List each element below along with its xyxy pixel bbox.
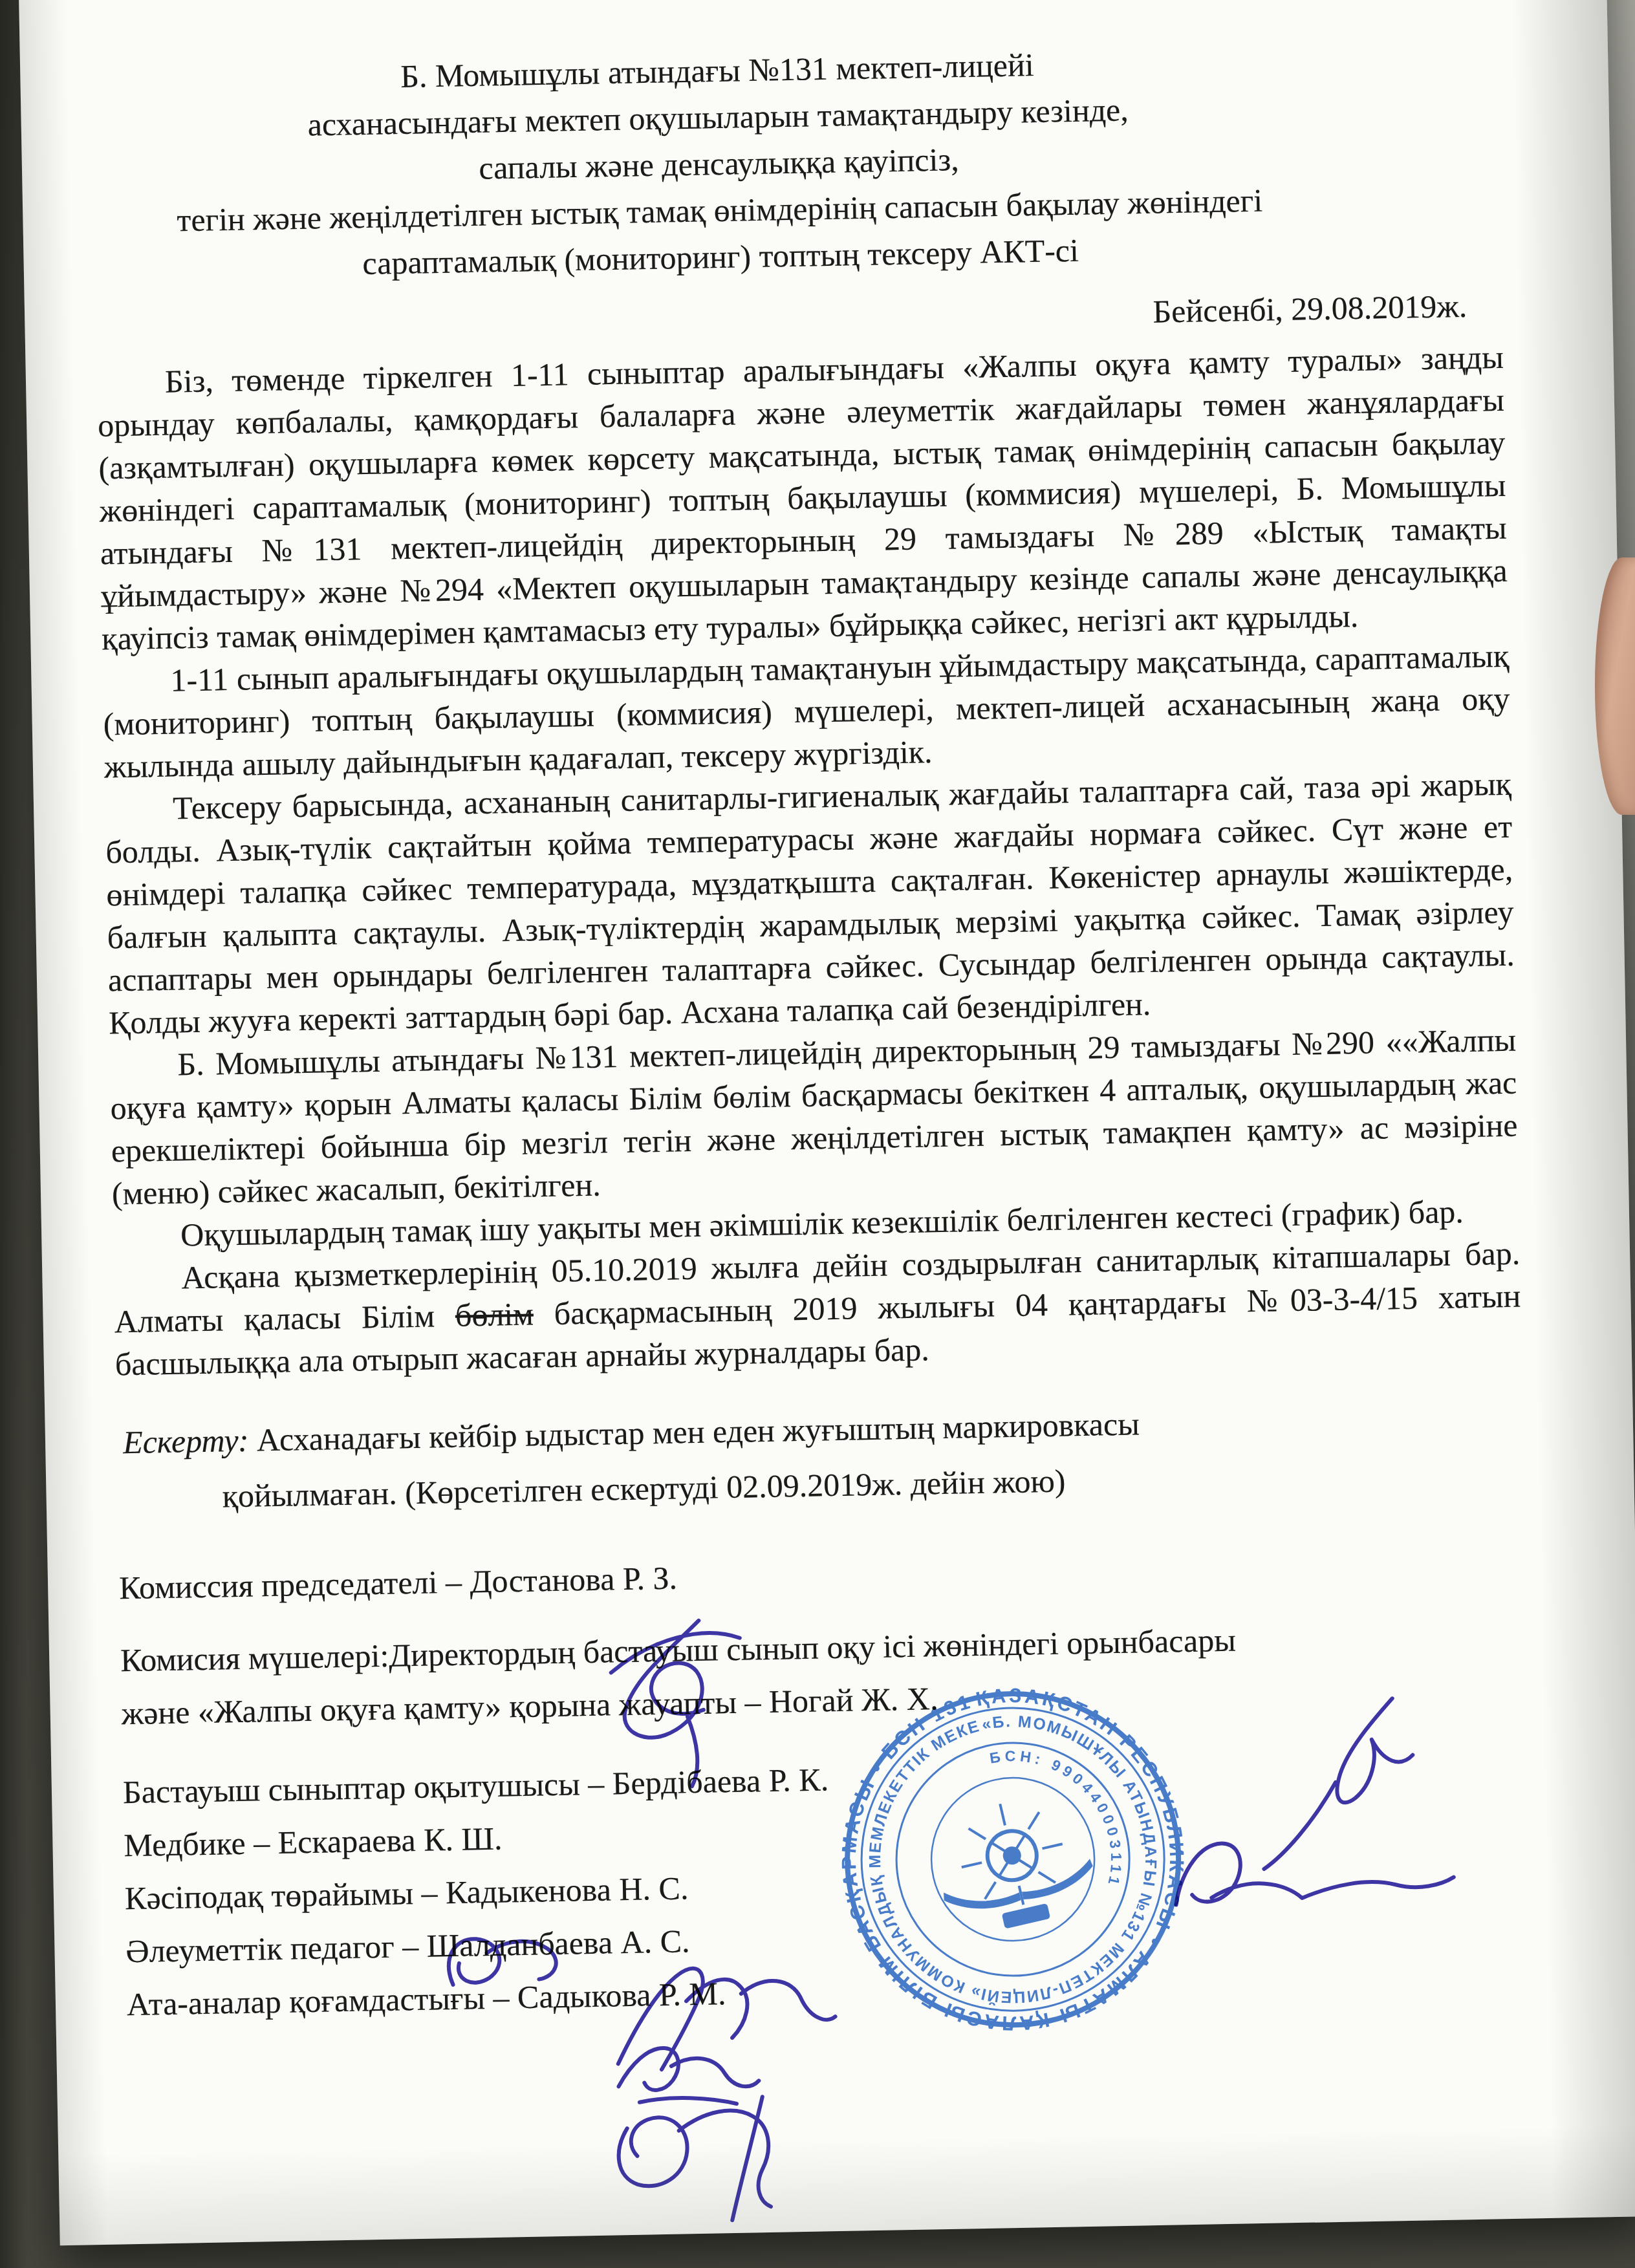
scanner-background-left xyxy=(0,0,27,2268)
document-page: Б. Момышұлы атындағы №131 мектеп-лицейі … xyxy=(18,0,1635,2245)
scanned-document: Б. Момышұлы атындағы №131 мектеп-лицейі … xyxy=(0,0,1635,2268)
signature-shaldanbaeva xyxy=(618,2046,759,2106)
signature-berdibaeva xyxy=(1175,1839,1455,1905)
signature-nogai xyxy=(1261,1698,1415,1869)
signature-dostanova xyxy=(610,1620,742,1788)
handwritten-ink-layer xyxy=(18,0,1635,2245)
signature-sadykova xyxy=(618,2097,771,2222)
signature-eskaraeva xyxy=(448,1938,556,1985)
signature-kadykenova xyxy=(616,1966,836,2071)
